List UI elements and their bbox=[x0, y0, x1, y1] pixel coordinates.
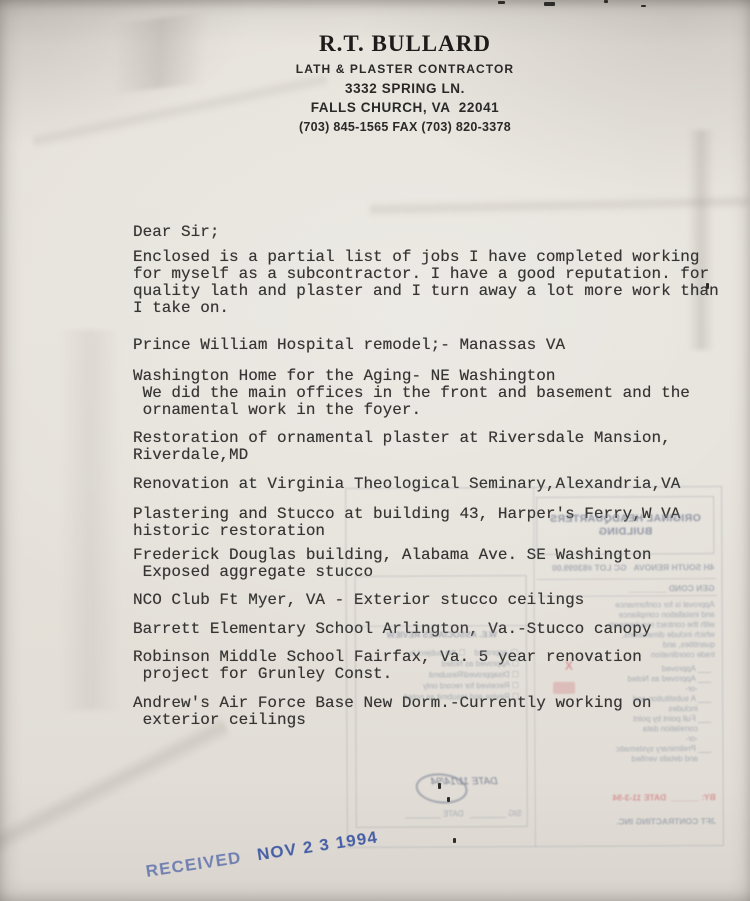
job-entry: Washington Home for the Aging- NE Washin… bbox=[133, 368, 690, 419]
salutation: Dear Sir; bbox=[133, 224, 219, 241]
scan-speck bbox=[604, 0, 608, 3]
intro-paragraph: Enclosed is a partial list of jobs I hav… bbox=[133, 249, 719, 317]
job-entry: Prince William Hospital remodel;- Manass… bbox=[133, 337, 565, 354]
job-entry: Andrew's Air Force Base New Dorm.-Curren… bbox=[133, 695, 651, 729]
paper-crease bbox=[688, 130, 714, 350]
job-entry: NCO Club Ft Myer, VA - Exterior stucco c… bbox=[133, 592, 584, 609]
address-line1: 3332 SPRING LN. bbox=[30, 81, 750, 96]
ink-mark bbox=[453, 838, 456, 843]
job-entry: Plastering and Stucco at building 43, Ha… bbox=[133, 506, 680, 540]
job-entry: Robinson Middle School Fairfax, Va. 5 ye… bbox=[133, 649, 642, 683]
scan-speck bbox=[544, 2, 555, 6]
paper-crease bbox=[370, 186, 750, 224]
scan-speck bbox=[641, 5, 646, 7]
job-entry: Barrett Elementary School Arlington, Va.… bbox=[133, 621, 651, 638]
job-entry: Restoration of ornamental plaster at Riv… bbox=[133, 430, 671, 464]
job-entry: Frederick Douglas building, Alabama Ave.… bbox=[133, 547, 651, 581]
ink-mark bbox=[438, 783, 441, 789]
phone-fax-line: (703) 845-1565 FAX (703) 820-3378 bbox=[30, 120, 750, 134]
paper-crease bbox=[60, 330, 120, 710]
company-name: R.T. BULLARD bbox=[30, 31, 750, 57]
scan-speck bbox=[498, 1, 505, 4]
ink-mark bbox=[447, 797, 450, 802]
address-line2: FALLS CHURCH, VA 22041 bbox=[30, 100, 750, 115]
company-tagline: LATH & PLASTER CONTRACTOR bbox=[30, 62, 750, 76]
ink-mark bbox=[706, 283, 709, 289]
job-entry: Renovation at Virginia Theological Semin… bbox=[133, 476, 680, 493]
